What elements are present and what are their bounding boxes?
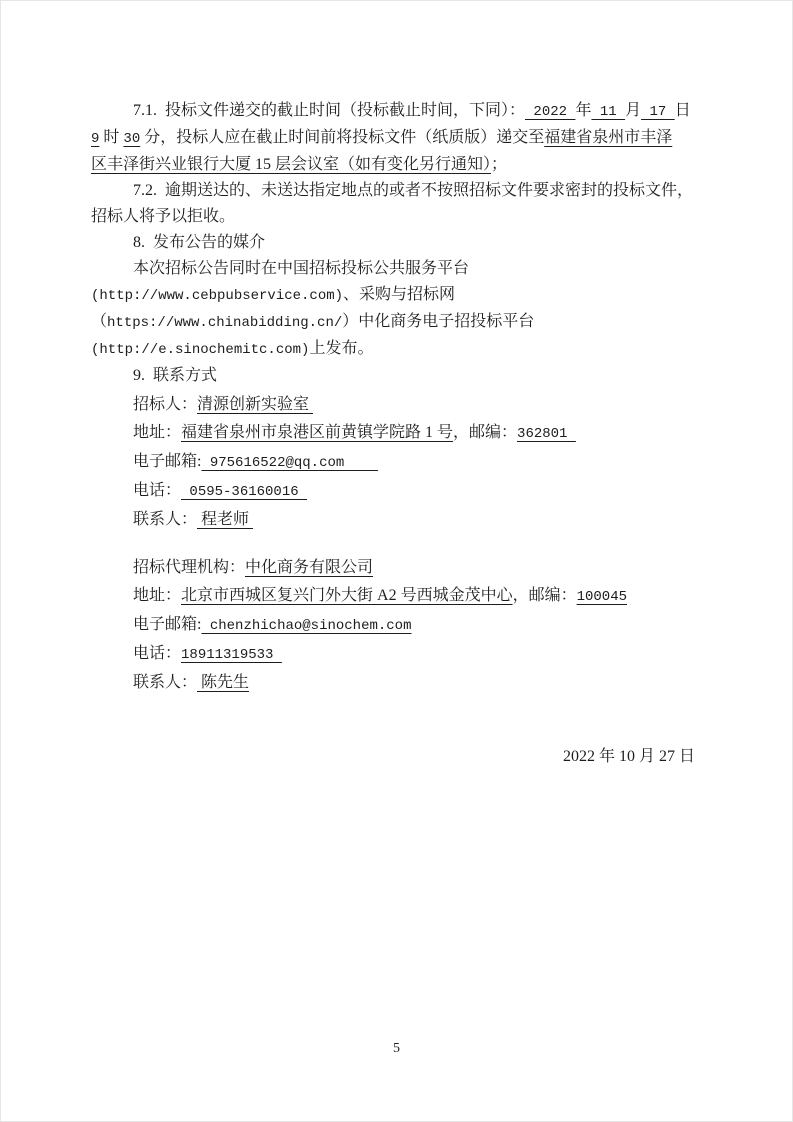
caigou-zhaobiao-site-label: 、采购与招标网: [343, 286, 455, 303]
announcement-media-intro: 本次招标公告同时在中国招标投标公共服务平台: [91, 256, 709, 282]
rejection-clause-text-2: 招标人将予以拒收。: [91, 208, 235, 225]
agency-contact-label: 联系人：: [133, 674, 197, 691]
bid-deadline-year: 2022: [525, 104, 575, 120]
clause-7-2-line-2: 招标人将予以拒收。: [91, 204, 709, 230]
tenderer-phone-label: 电话：: [133, 482, 181, 499]
agency-phone-row: 电话：18911319533: [91, 640, 709, 669]
bid-deadline-prefix: 7.1. 投标文件递交的截止时间（投标截止时间，下同）：: [133, 102, 525, 119]
document-page: 7.1. 投标文件递交的截止时间（投标截止时间，下同）： 2022 年 11 月…: [0, 0, 793, 1122]
bid-deadline-minute: 30: [123, 131, 140, 147]
tenderer-name-label: 招标人：: [133, 396, 197, 413]
announcement-media-line-2: (http://www.cebpubservice.com)、采购与招标网: [91, 282, 709, 309]
publish-suffix-text: 上发布。: [309, 340, 373, 357]
agency-postcode-label: ，邮编：: [513, 587, 577, 604]
agency-name: 中化商务有限公司: [245, 559, 373, 576]
clause-7-1-line-2: 9 时 30 分，投标人应在截止时间前将投标文件（纸质版）递交至福建省泉州市丰泽: [91, 125, 709, 152]
day-unit-label: 日: [675, 102, 691, 119]
announcement-media-line-4: (http://e.sinochemitc.com)上发布。: [91, 336, 709, 363]
agency-phone-label: 电话：: [133, 645, 181, 662]
submission-venue-part-2: 区丰泽街兴业银行大厦 15 层会议室（如有变化另行通知）: [91, 156, 491, 173]
announcement-intro-text: 本次招标公告同时在中国招标投标公共服务平台: [133, 260, 469, 277]
tenderer-email: 975616522@qq.com: [201, 455, 377, 471]
tenderer-name-row: 招标人：清源创新实验室: [91, 391, 709, 419]
document-date: 2022 年 10 月 27 日: [563, 748, 695, 765]
clause-7-1-line-3: 区丰泽街兴业银行大厦 15 层会议室（如有变化另行通知）；: [91, 152, 709, 178]
section-8-heading: 8. 发布公告的媒介: [91, 230, 709, 256]
page-footer: 5: [1, 1039, 792, 1059]
agency-contact-person-row: 联系人： 陈先生: [91, 669, 709, 697]
document-content: 7.1. 投标文件递交的截止时间（投标截止时间，下同）： 2022 年 11 月…: [91, 98, 709, 771]
agency-address-label: 地址：: [133, 587, 181, 604]
section-9-heading: 9. 联系方式: [91, 363, 709, 389]
tenderer-address: 福建省泉州市泉港区前黄镇学院路 1 号: [181, 424, 453, 441]
agency-name-row: 招标代理机构：中化商务有限公司: [91, 554, 709, 582]
tenderer-email-row: 电子邮箱: 975616522@qq.com: [91, 448, 709, 477]
agency-name-label: 招标代理机构：: [133, 559, 245, 576]
document-date-row: 2022 年 10 月 27 日: [91, 743, 709, 771]
media-section-title: 8. 发布公告的媒介: [133, 234, 265, 251]
agency-address-row: 地址：北京市西城区复兴门外大街 A2 号西城金茂中心，邮编：100045: [91, 582, 709, 611]
bid-deadline-day: 17: [641, 104, 675, 120]
tenderer-email-label: 电子邮箱:: [133, 453, 201, 470]
cebpubservice-url: (http://www.cebpubservice.com): [91, 288, 343, 304]
tenderer-phone: 0595-36160016: [181, 484, 307, 500]
submission-instructions: 分，投标人应在截止时间前将投标文件（纸质版）递交至: [140, 129, 544, 146]
clause-7-2-line-1: 7.2. 逾期送达的、未送达指定地点的或者不按照招标文件要求密封的投标文件，: [91, 178, 709, 204]
year-unit-label: 年: [575, 102, 591, 119]
tenderer-postcode-label: ，邮编：: [453, 424, 517, 441]
hour-unit-label: 时: [99, 129, 123, 146]
clause-7-1-line-1: 7.1. 投标文件递交的截止时间（投标截止时间，下同）： 2022 年 11 月…: [91, 98, 709, 125]
block-separator: [91, 534, 709, 552]
agency-email: chenzhichao@sinochem.com: [201, 618, 411, 634]
tenderer-contact-block: 招标人：清源创新实验室 地址：福建省泉州市泉港区前黄镇学院路 1 号，邮编：36…: [91, 391, 709, 534]
agency-contact-block: 招标代理机构：中化商务有限公司 地址：北京市西城区复兴门外大街 A2 号西城金茂…: [91, 554, 709, 697]
month-unit-label: 月: [625, 102, 641, 119]
agency-phone: 18911319533: [181, 647, 282, 663]
announcement-media-line-3: （https://www.chinabidding.cn/）中化商务电子招投标平…: [91, 309, 709, 336]
page-number: 5: [393, 1041, 400, 1056]
tenderer-address-label: 地址：: [133, 424, 181, 441]
submission-venue-part-1: 福建省泉州市丰泽: [544, 129, 672, 146]
chinabidding-url: https://www.chinabidding.cn/: [107, 315, 342, 331]
sinochemitc-url: (http://e.sinochemitc.com): [91, 342, 309, 358]
tenderer-contact-name: 程老师: [197, 511, 253, 528]
tenderer-contact-person-row: 联系人： 程老师: [91, 506, 709, 534]
tenderer-phone-row: 电话： 0595-36160016: [91, 477, 709, 506]
agency-email-row: 电子邮箱: chenzhichao@sinochem.com: [91, 611, 709, 640]
agency-address: 北京市西城区复兴门外大街 A2 号西城金茂中心: [181, 587, 513, 604]
tenderer-postcode: 362801: [517, 426, 576, 442]
tenderer-contact-label: 联系人：: [133, 511, 197, 528]
agency-email-label: 电子邮箱:: [133, 616, 201, 633]
bid-deadline-month: 11: [591, 104, 625, 120]
tenderer-address-row: 地址：福建省泉州市泉港区前黄镇学院路 1 号，邮编：362801: [91, 419, 709, 448]
chinabidding-paren-open: （: [91, 313, 107, 330]
agency-contact-name: 陈先生: [197, 674, 249, 691]
rejection-clause-text-1: 7.2. 逾期送达的、未送达指定地点的或者不按照招标文件要求密封的投标文件，: [133, 182, 693, 199]
sinochem-platform-label: ）中化商务电子招投标平台: [342, 313, 534, 330]
agency-postcode: 100045: [577, 589, 627, 605]
tenderer-name: 清源创新实验室: [197, 396, 313, 413]
clause-7-1-terminator: ；: [491, 156, 507, 173]
contact-section-title: 9. 联系方式: [133, 367, 217, 384]
